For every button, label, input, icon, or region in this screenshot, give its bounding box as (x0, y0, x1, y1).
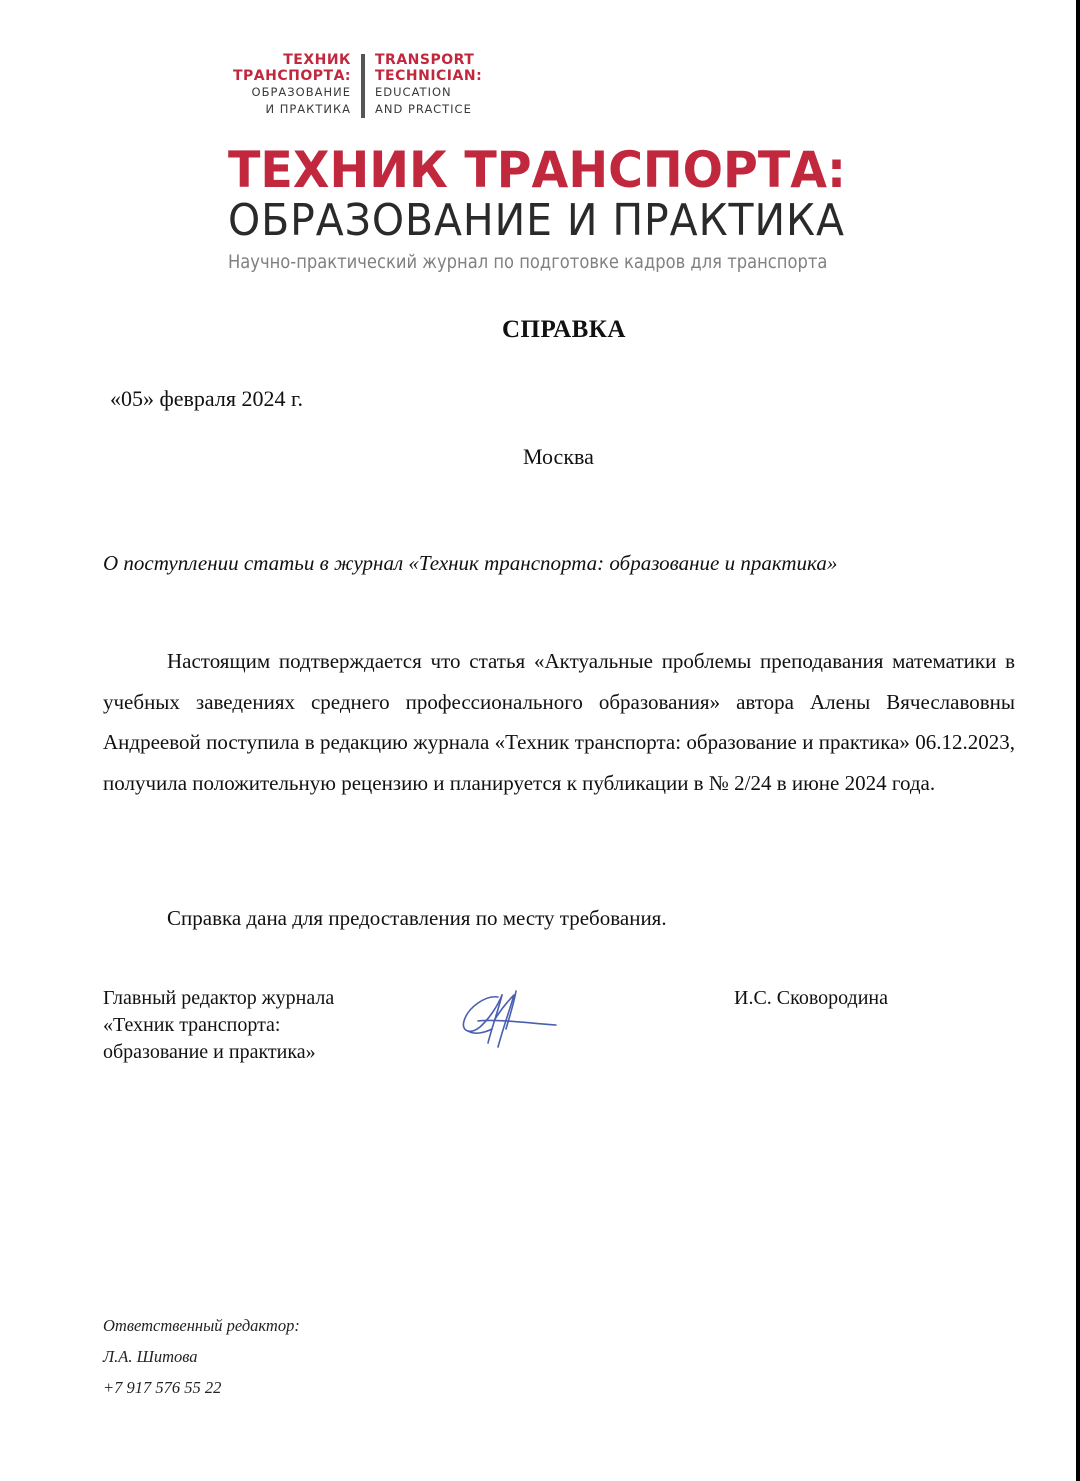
small-logo-line: TRANSPORT (375, 52, 515, 68)
journal-logo: ТЕХНИК ТРАНСПОРТА: ОБРАЗОВАНИЕ И ПРАКТИК… (228, 140, 908, 274)
signer-position-line: «Техник транспорта: (103, 1012, 334, 1039)
journal-title-dark: ОБРАЗОВАНИЕ И ПРАКТИКА (228, 196, 860, 246)
document-note: Справка дана для предоставления по месту… (167, 906, 667, 931)
handwritten-signature-icon (458, 985, 568, 1050)
footer-contact: Ответственный редактор: Л.А. Шитова +7 9… (103, 1310, 300, 1403)
signer-name: И.С. Сковородина (734, 985, 888, 1012)
small-logo-line: ОБРАЗОВАНИЕ (211, 84, 351, 101)
small-logo-line: ТРАНСПОРТА: (211, 68, 351, 84)
small-logo-line: EDUCATION (375, 84, 515, 101)
document-date: «05» февраля 2024 г. (110, 386, 303, 412)
small-logo-line: И ПРАКТИКА (211, 101, 351, 118)
journal-title-red: ТЕХНИК ТРАНСПОРТА: (228, 140, 874, 200)
footer-name: Л.А. Шитова (103, 1341, 300, 1372)
small-logo-line: TECHNICIAN: (375, 68, 515, 84)
small-logo-russian: ТЕХНИК ТРАНСПОРТА: ОБРАЗОВАНИЕ И ПРАКТИК… (211, 52, 351, 118)
document-subject: О поступлении статьи в журнал «Техник тр… (103, 551, 837, 576)
small-logo-line: AND PRACTICE (375, 101, 515, 118)
document-city: Москва (523, 444, 594, 470)
signer-position-line: Главный редактор журнала (103, 985, 334, 1012)
footer-phone: +7 917 576 55 22 (103, 1372, 300, 1403)
document-title: СПРАВКА (0, 316, 1080, 344)
journal-subtitle: Научно-практический журнал по подготовке… (228, 250, 813, 274)
footer-label: Ответственный редактор: (103, 1310, 300, 1341)
page-edge-border (1076, 0, 1080, 1481)
small-logo-english: TRANSPORT TECHNICIAN: EDUCATION AND PRAC… (375, 52, 515, 118)
small-logo-line: ТЕХНИК (211, 52, 351, 68)
document-body: Настоящим подтверждается что статья «Акт… (103, 641, 1015, 803)
signer-position-line: образование и практика» (103, 1039, 334, 1066)
small-logo-separator (361, 54, 365, 118)
small-logo: ТЕХНИК ТРАНСПОРТА: ОБРАЗОВАНИЕ И ПРАКТИК… (222, 52, 502, 122)
signer-position: Главный редактор журнала «Техник транспо… (103, 985, 334, 1066)
